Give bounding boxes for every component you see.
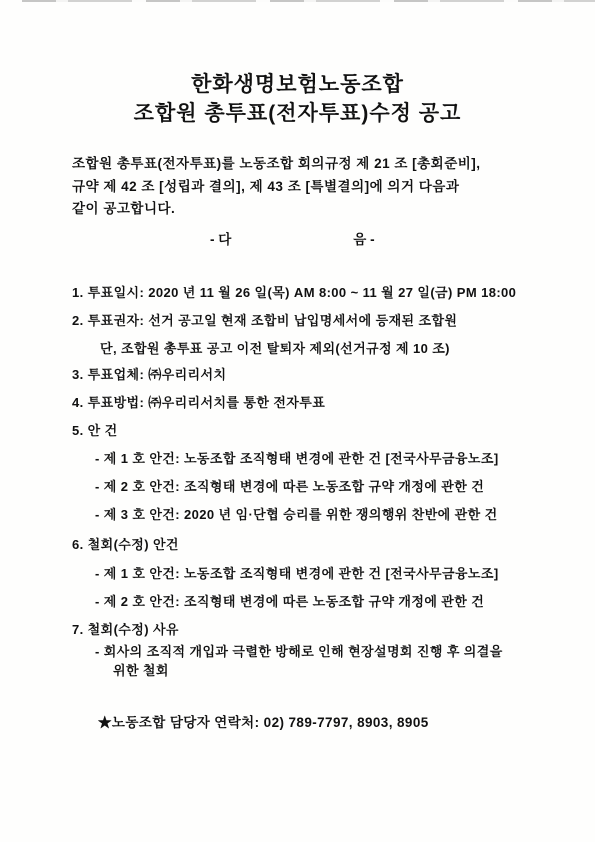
intro-line: 같이 공고합니다. — [72, 198, 595, 221]
reason-line-1: - 회사의 조직적 개입과 극렬한 방해로 인해 현장설명회 진행 후 의결을 — [95, 645, 595, 659]
withdrawn-item-1: - 제 1 호 안건: 노동조합 조직형태 변경에 관한 건 [전국사무금융노조… — [95, 567, 595, 581]
scan-artifact-top — [22, 0, 595, 2]
daeum-left: - 다 — [210, 233, 231, 247]
contact-note: ★노동조합 담당자 연락처: 02) 789-7797, 8903, 8905 — [98, 715, 595, 730]
reason-line-2: 위한 철회 — [113, 664, 595, 678]
list-item-vote-method: 4. 투표방법: ㈜우리리서치를 통한 전자투표 — [72, 396, 595, 410]
document-title-line2: 조합원 총투표(전자투표)수정 공고 — [0, 99, 595, 128]
agenda-item-2: - 제 2 호 안건: 조직형태 변경에 따른 노동조합 규약 개정에 관한 건 — [95, 480, 595, 494]
list-item-withdrawn-header: 6. 철회(수정) 안건 — [72, 538, 595, 552]
document-title-line1: 한화생명보험노동조합 — [0, 70, 595, 99]
intro-paragraph: 조합원 총투표(전자투표)를 노동조합 회의규정 제 21 조 [총회준비], … — [72, 153, 595, 221]
intro-line: 규약 제 42 조 [성립과 결의], 제 43 조 [특별결의]에 의거 다음… — [72, 176, 595, 199]
list-item-voters: 2. 투표권자: 선거 공고일 현재 조합비 납입명세서에 등재된 조합원 — [72, 314, 595, 328]
list-item-voters-note: 단, 조합원 총투표 공고 이전 탈퇴자 제외(선거규정 제 10 조) — [100, 342, 595, 356]
list-item-reason-header: 7. 철회(수정) 사유 — [72, 623, 595, 637]
agenda-item-3: - 제 3 호 안건: 2020 년 임·단협 승리를 위한 쟁의행위 찬반에 … — [95, 508, 595, 522]
daeum-right: 음 - — [353, 233, 374, 247]
list-item-vote-datetime: 1. 투표일시: 2020 년 11 월 26 일(목) AM 8:00 ~ 1… — [72, 286, 595, 300]
daeum-separator: - 다 음 - — [210, 233, 595, 247]
title-block: 한화생명보험노동조합 조합원 총투표(전자투표)수정 공고 — [0, 0, 595, 128]
withdrawn-item-2: - 제 2 호 안건: 조직형태 변경에 따른 노동조합 규약 개정에 관한 건 — [95, 595, 595, 609]
list-item-vote-vendor: 3. 투표업체: ㈜우리리서치 — [72, 368, 595, 382]
list-item-agenda-header: 5. 안 건 — [72, 424, 595, 438]
intro-line: 조합원 총투표(전자투표)를 노동조합 회의규정 제 21 조 [총회준비], — [72, 153, 595, 176]
document-page: 한화생명보험노동조합 조합원 총투표(전자투표)수정 공고 조합원 총투표(전자… — [0, 0, 595, 842]
agenda-item-1: - 제 1 호 안건: 노동조합 조직형태 변경에 관한 건 [전국사무금융노조… — [95, 452, 595, 466]
